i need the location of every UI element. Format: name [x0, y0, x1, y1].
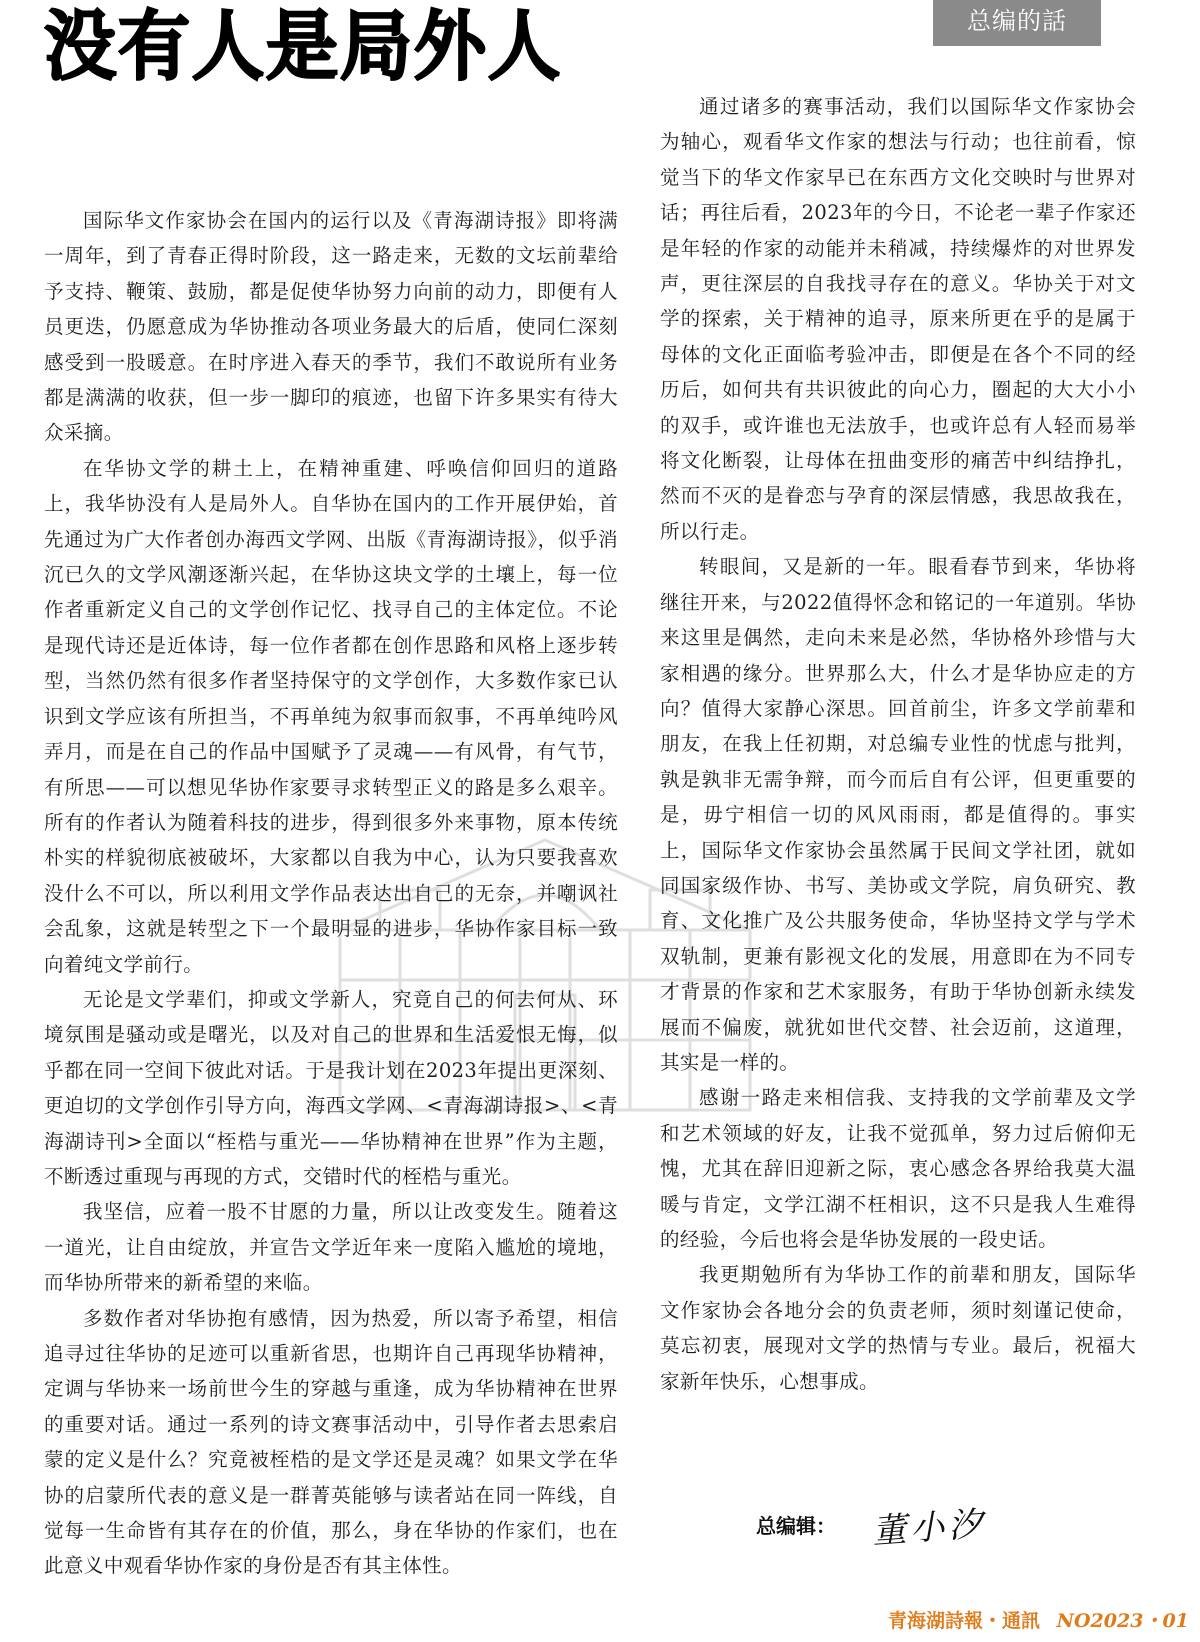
signature-name: 董小汐	[870, 1496, 987, 1553]
publication-name: 青海湖詩報・通訊	[888, 1610, 1040, 1632]
article-column-left: 国际华文作家协会在国内的运行以及《青海湖诗报》即将满一周年，到了青春正得时阶段，…	[44, 203, 618, 1584]
signature-block: 总编辑： 董小汐	[756, 1500, 986, 1549]
page-title: 没有人是局外人	[44, 4, 562, 88]
article-paragraph: 无论是文学辈们，抑或文学新人，究竟自己的何去何从、环境氛围是骚动或是曙光，以及对…	[44, 982, 618, 1194]
section-badge: 总编的話	[933, 0, 1101, 46]
issue-number: NO2023・01	[1057, 1610, 1189, 1632]
article-paragraph: 通过诸多的赛事活动，我们以国际华文作家协会为轴心，观看华文作家的想法与行动；也往…	[660, 89, 1136, 549]
article-paragraph: 我坚信，应着一股不甘愿的力量，所以让改变发生。随着这一道光，让自由绽放，并宣告文…	[44, 1194, 618, 1300]
article-paragraph: 国际华文作家协会在国内的运行以及《青海湖诗报》即将满一周年，到了青春正得时阶段，…	[44, 203, 618, 451]
signature-label: 总编辑：	[756, 1510, 836, 1539]
article-paragraph: 感谢一路走来相信我、支持我的文学前辈及文学和艺术领域的好友，让我不觉孤单，努力过…	[660, 1080, 1136, 1257]
article-paragraph: 转眼间，又是新的一年。眼看春节到来，华协将继往开来，与2022值得怀念和铭记的一…	[660, 549, 1136, 1080]
footer-publication: 青海湖詩報・通訊 NO2023・01	[888, 1606, 1189, 1633]
article-column-right: 通过诸多的赛事活动，我们以国际华文作家协会为轴心，观看华文作家的想法与行动；也往…	[660, 89, 1136, 1399]
article-paragraph: 我更期勉所有为华协工作的前辈和朋友，国际华文作家协会各地分会的负责老师，须时刻谨…	[660, 1257, 1136, 1399]
article-paragraph: 在华协文学的耕土上，在精神重建、呼唤信仰回归的道路上，我华协没有人是局外人。自华…	[44, 451, 618, 982]
article-paragraph: 多数作者对华协抱有感情，因为热爱，所以寄予希望，相信追寻过往华协的足迹可以重新省…	[44, 1301, 618, 1584]
